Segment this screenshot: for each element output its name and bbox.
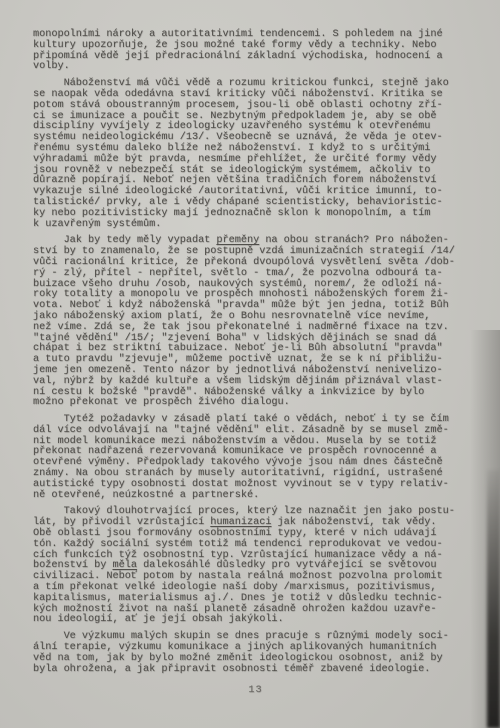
page-number: 13: [33, 686, 478, 697]
scan-shadow-dark: [487, 470, 500, 728]
paragraph: Tytéž požadavky v zásadě platí také o vě…: [33, 415, 478, 501]
text-line: volby.: [33, 62, 478, 73]
paragraph: Ve výzkumu malých skupin se dnes pracuje…: [33, 632, 478, 675]
text-line: věd na tom, jak by bylo možné změnit ide…: [33, 654, 478, 665]
text-line: rý - zlý, přítel - nepřítel, světlo - tm…: [33, 269, 478, 280]
text-line: ky nebo pozitivisticky mají jednoznačně …: [33, 209, 478, 220]
text-line: k uzavřeným systémům.: [33, 220, 478, 231]
text-line: připomíná vědě její předracionální zákla…: [33, 52, 478, 63]
paragraph: Náboženství má vůči vědě a rozumu kritic…: [33, 79, 478, 230]
text-line: kultury upozorňuje, že jsou možné také f…: [33, 41, 478, 52]
text-line: val, nýbrž by každé kultuře a všem lidsk…: [33, 377, 478, 388]
paragraph: Takový dlouhotrvající proces, který lze …: [33, 507, 478, 626]
text-line: ně otevřené, neúzkostné a partnerské.: [33, 491, 478, 502]
text-line: než víme. Zdá se, že tak jsou překonatel…: [33, 323, 478, 334]
paragraph: monopolními nároky a autoritativními ten…: [33, 30, 478, 73]
scanned-document-page: monopolními nároky a autoritativními ten…: [0, 0, 500, 728]
text-line: byla ohrožena, a jak připravit osobnosti…: [33, 665, 478, 676]
text-line: výhradami může být pravda, nesmíme přehl…: [33, 155, 478, 166]
page-text: monopolními nároky a autoritativními ten…: [33, 30, 478, 697]
text-line: nou ideologií, ať je její obsah jakýkoli…: [33, 615, 478, 626]
paragraph: Jak by tedy měly vypadat přeměny na obou…: [33, 236, 478, 409]
text-line: možno překonat ve prospěch živého dialog…: [33, 398, 478, 409]
text-line: potom stává oboustranným procesem, jsou-…: [33, 101, 478, 112]
